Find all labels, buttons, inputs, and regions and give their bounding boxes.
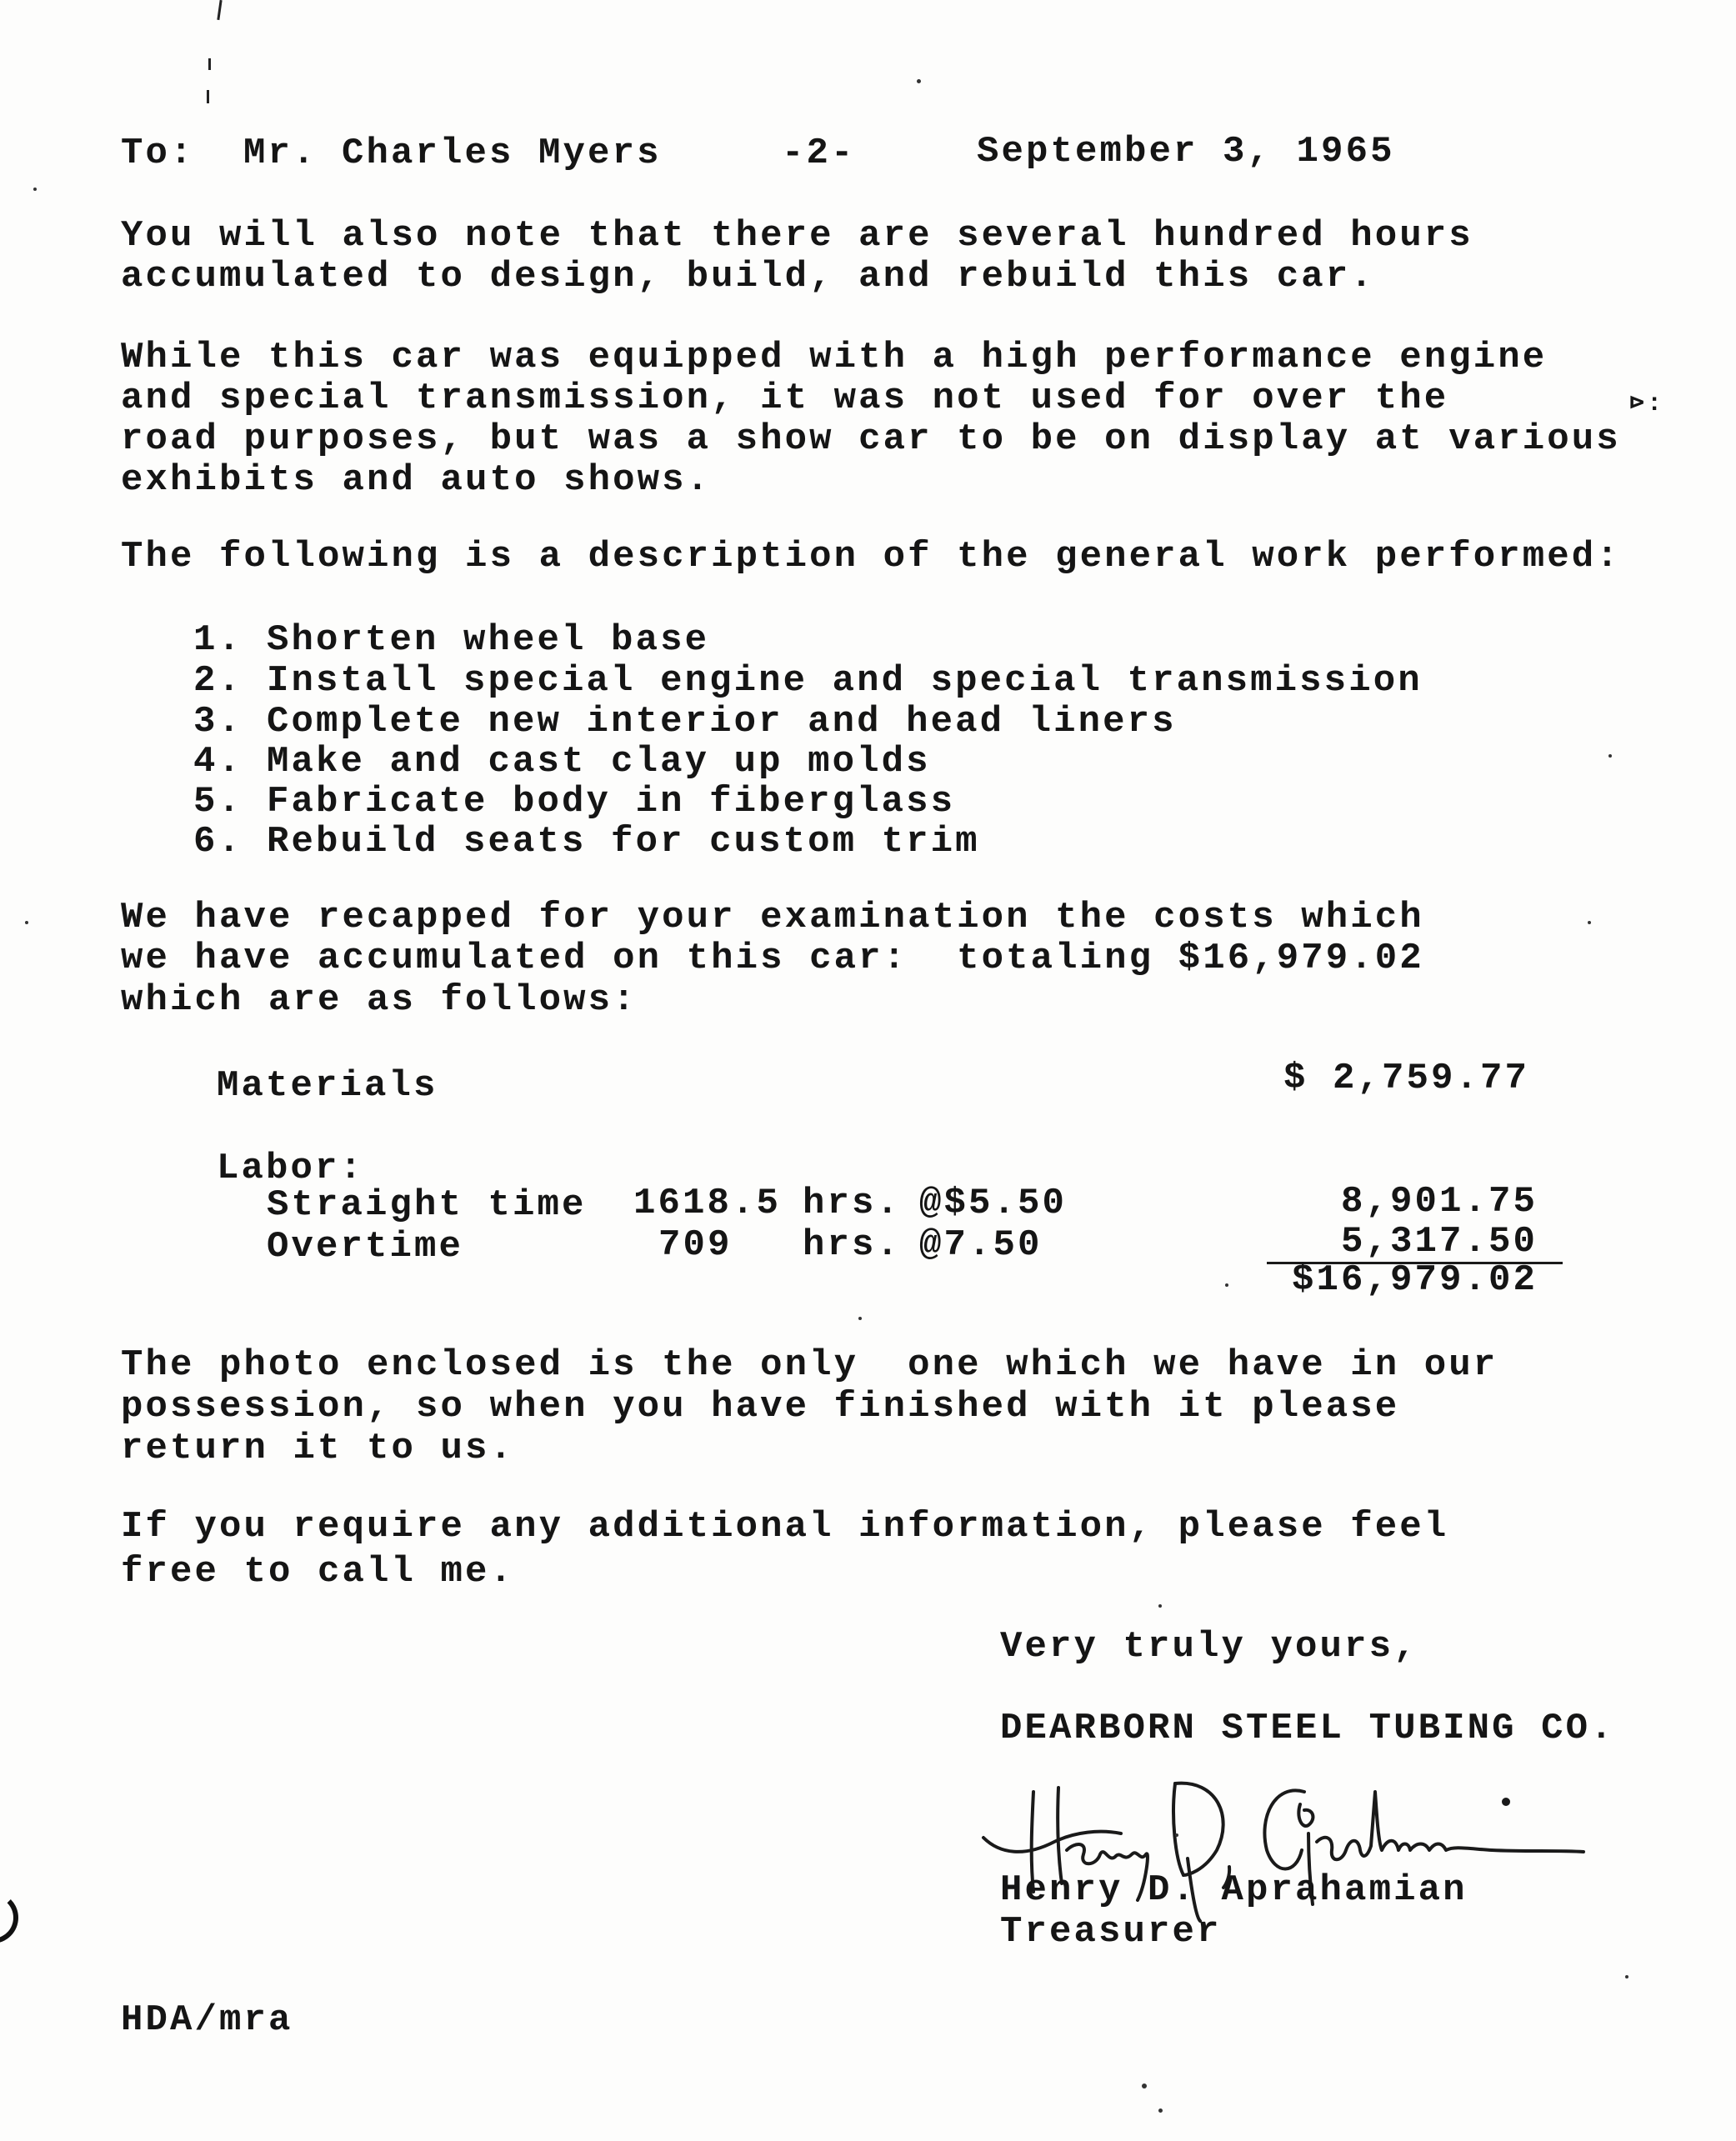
paragraph-line: free to call me. <box>121 1552 514 1592</box>
labor-row-amount: 5,317.50 <box>1341 1222 1538 1262</box>
scan-speck <box>858 1317 862 1320</box>
list-item: Rebuild seats for custom trim <box>267 822 980 862</box>
scan-speck <box>1175 1833 1178 1837</box>
list-item: Shorten wheel base <box>267 620 709 660</box>
paragraph-line: road purposes, but was a show car to be … <box>121 419 1621 459</box>
list-item: Fabricate body in fiberglass <box>267 782 955 822</box>
scan-speck <box>1588 921 1591 924</box>
scan-speck <box>33 188 37 191</box>
list-item-number: 2. <box>193 661 243 701</box>
reference-initials: HDA/mra <box>121 2000 293 2040</box>
paragraph-line: If you require any additional informatio… <box>121 1507 1448 1547</box>
list-item-number: 1. <box>193 620 243 660</box>
paragraph-line: possession, so when you have finished wi… <box>121 1387 1399 1427</box>
paragraph-line: accumulated to design, build, and rebuil… <box>121 257 1375 297</box>
recipient-name: Mr. Charles Myers <box>243 133 662 173</box>
list-item-number: 3. <box>193 702 243 742</box>
labor-label: Labor: <box>217 1148 364 1188</box>
list-item: Make and cast clay up molds <box>267 742 931 782</box>
scan-speck <box>1225 1283 1228 1287</box>
labor-row-rate: @7.50 <box>919 1225 1043 1265</box>
labor-row-unit: hrs. <box>803 1225 901 1265</box>
labor-row-amount: 8,901.75 <box>1341 1182 1538 1222</box>
scan-speck <box>1608 754 1612 758</box>
scan-speck <box>1158 2108 1163 2113</box>
labor-row-label: Straight time <box>267 1185 587 1225</box>
paragraph-line: The following is a description of the ge… <box>121 537 1621 577</box>
paragraph-line: While this car was equipped with a high … <box>121 338 1547 378</box>
paragraph-line: return it to us. <box>121 1428 514 1468</box>
labor-row-unit: hrs. <box>803 1183 901 1223</box>
scan-speck <box>917 79 921 83</box>
labor-row-label: Overtime <box>267 1227 463 1267</box>
list-item: Complete new interior and head liners <box>267 702 1177 742</box>
letter-page: To: Mr. Charles Myers -2- September 3, 1… <box>0 0 1736 2141</box>
signer-name: Henry D. Aprahamian <box>1000 1870 1468 1910</box>
paragraph-line: The photo enclosed is the only one which… <box>121 1345 1498 1385</box>
paragraph-line: exhibits and auto shows. <box>121 460 711 500</box>
punch-hole-edge <box>0 1892 18 1943</box>
scan-speck <box>1142 2083 1147 2088</box>
margin-mark: ⊳: <box>1629 388 1664 418</box>
labor-row-hours: 1618.5 <box>633 1183 781 1223</box>
paragraph-line: We have recapped for your examination th… <box>121 898 1424 938</box>
scan-mark <box>217 0 222 20</box>
paragraph-line: You will also note that there are severa… <box>121 216 1473 256</box>
paragraph-line: and special transmission, it was not use… <box>121 378 1448 418</box>
materials-label: Materials <box>217 1066 438 1106</box>
list-item-number: 6. <box>193 822 243 862</box>
to-label: To: <box>121 133 195 173</box>
paragraph-line: we have accumulated on this car: totalin… <box>121 938 1424 978</box>
paragraph-line: which are as follows: <box>121 980 638 1020</box>
labor-row-hours: 709 <box>658 1225 733 1265</box>
list-item: Install special engine and special trans… <box>267 661 1423 701</box>
scan-speck <box>1158 1604 1162 1608</box>
labor-row-rate: @$5.50 <box>919 1183 1067 1223</box>
signer-title: Treasurer <box>1000 1912 1222 1952</box>
scan-speck <box>25 921 28 924</box>
letter-date: September 3, 1965 <box>977 132 1395 172</box>
total-amount: $16,979.02 <box>1292 1260 1538 1300</box>
scan-speck <box>1625 1975 1628 1978</box>
salutation: Very truly yours, <box>1000 1627 1418 1667</box>
page-number: -2- <box>782 133 856 173</box>
list-item-number: 5. <box>193 782 243 822</box>
list-item-number: 4. <box>193 742 243 782</box>
scan-mark <box>207 90 209 103</box>
company-name: DEARBORN STEEL TUBING CO. <box>1000 1708 1615 1748</box>
scan-mark <box>208 58 211 70</box>
materials-amount: $ 2,759.77 <box>1283 1058 1529 1098</box>
